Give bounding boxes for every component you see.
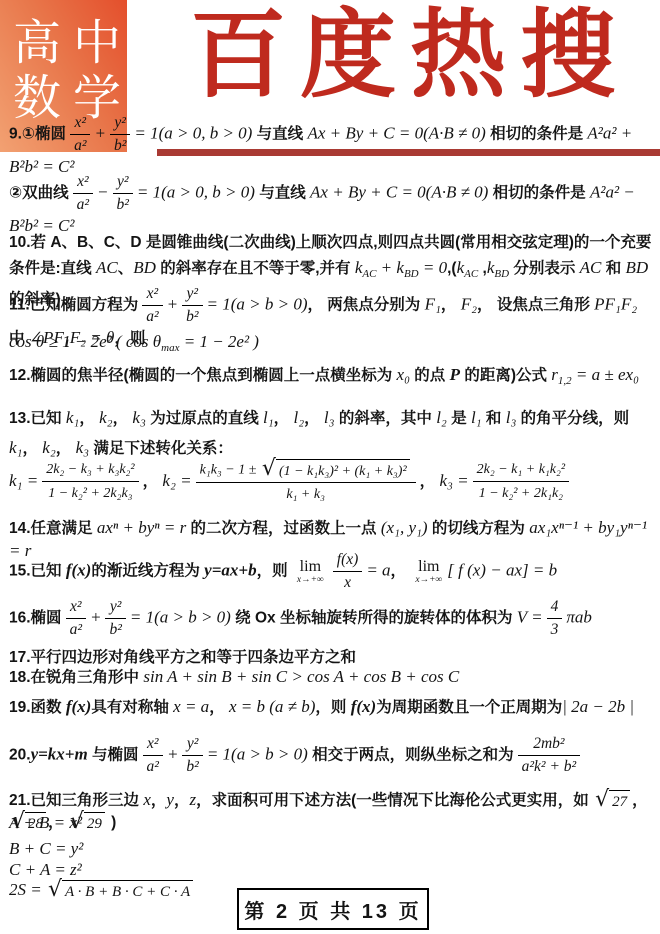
hs-math-badge-text: 高中 数学: [13, 16, 133, 126]
formula-line-21-eq2: B + C = y²: [9, 838, 654, 861]
formula-line-21-eq1: A + B = x²: [9, 812, 654, 835]
badge-line1: 高中: [13, 16, 133, 71]
formula-line-17: 17.平行四边形对角线平方之和等于四条边平方之和: [9, 648, 654, 667]
formula-line-16: 16.椭圆x²a²+y²b²= 1(a > b > 0) 绕 Ox 坐标轴旋转所…: [9, 597, 654, 640]
page-number-box: 第 2 页 共 13 页: [237, 888, 429, 930]
formula-line-19: 19.函数 f(x)具有对称轴 x = a， x = b (a ≠ b)，则 f…: [9, 696, 654, 719]
formula-line-12: 12.椭圆的焦半径(椭圆的一个焦点到椭圆上一点横坐标为 x₀ 的点 P 的距离)…: [9, 364, 654, 392]
formula-line-9-1: 9.①椭圆x²a²+y²b²= 1(a > 0, b > 0) 与直线 Ax +…: [9, 113, 654, 179]
formula-line-18: 18.在锐角三角形中 sin A + sin B + sin C > cos A…: [9, 666, 654, 689]
formula-line-11-cos: cos θ ≥ 1 − 2e² ( cos θmax = 1 − 2e² ): [9, 331, 654, 359]
formula-line-9-2: ②双曲线x²a²−y²b²= 1(a > 0, b > 0) 与直线 Ax + …: [9, 172, 654, 238]
document-page: 高中 数学 百度热搜 9.①椭圆x²a²+y²b²= 1(a > 0, b > …: [0, 0, 660, 934]
formula-line-13-formulas: k₁ =2k₂ − k₃ + k₃k₂²1 − k₂² + 2k₂k₃， k₂ …: [9, 459, 654, 505]
page-title: 百度热搜: [190, 2, 630, 110]
formula-line-13: 13.已知 k₁， k₂， k₃ 为过原点的直线 l₁， l₂， l₃ 的斜率，…: [9, 403, 654, 463]
formula-line-15: 15.已知 f(x)的渐近线方程为 y=ax+b，则 limx→+∞f(x)x=…: [9, 550, 654, 593]
formula-line-20: 20.y=kx+m 与椭圆x²a²+y²b²= 1(a > b > 0) 相交于…: [9, 734, 654, 777]
